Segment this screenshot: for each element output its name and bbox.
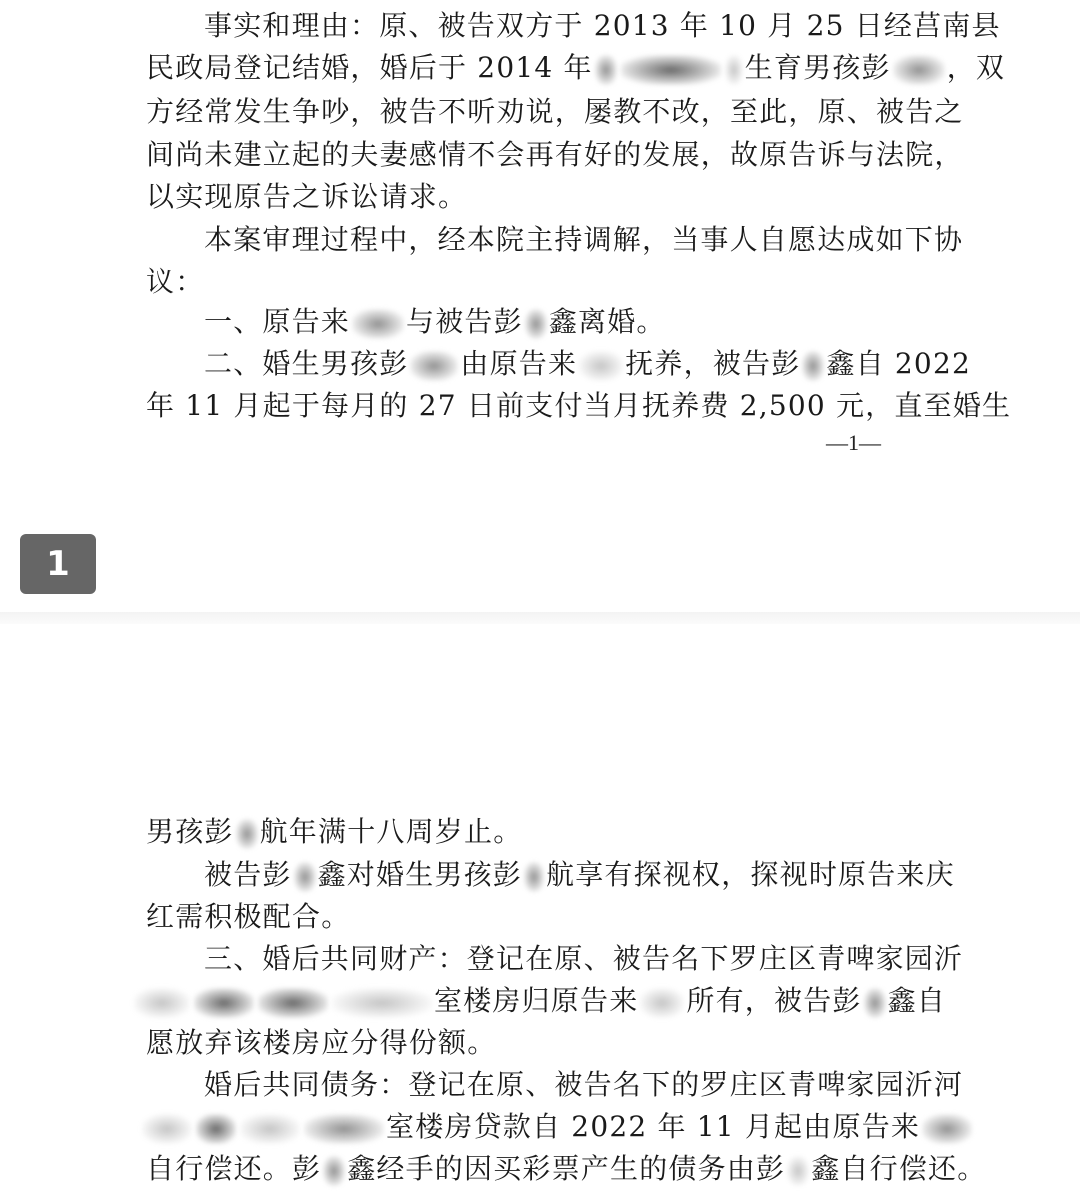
text-line: 男孩彭航年满十八周岁止。: [146, 812, 946, 852]
text-segment: ，双: [947, 51, 1005, 84]
redacted-block: [864, 988, 886, 1018]
redacted-block: [640, 988, 684, 1018]
redacted-block: [579, 351, 623, 381]
text-line: 红需积极配合。: [146, 897, 946, 937]
text-segment: 方经常发生争吵，被告不听劝说，屡教不改，至此，原、被告之: [146, 95, 964, 128]
redacted-block: [802, 351, 824, 381]
text-line: 方经常发生争吵，被告不听劝说，屡教不改，至此，原、被告之: [146, 92, 946, 132]
redacted-block: [258, 988, 328, 1018]
text-segment: 航年满十八周岁止。: [260, 815, 523, 848]
text-segment: 二、婚生男孩彭: [204, 347, 408, 380]
page-number-footer: —1—: [826, 430, 881, 456]
text-line: 年 11 月起于每月的 27 日前支付当月抚养费 2,500 元，直至婚生: [146, 386, 946, 426]
text-line: 愿放弃该楼房应分得份额。: [146, 1023, 946, 1063]
page-index-badge: 1: [20, 534, 96, 594]
text-segment: 生育男孩彭: [745, 51, 891, 84]
text-segment: 民政局登记结婚，婚后于 2014 年: [146, 51, 593, 84]
redacted-block: [524, 862, 544, 892]
text-segment: 航享有探视权，探视时原告来庆: [546, 858, 955, 891]
text-segment: 所有，被告彭: [686, 984, 861, 1017]
redacted-block: [240, 1114, 300, 1144]
text-line: 二、婚生男孩彭由原告来抚养，被告彭鑫自 2022: [146, 344, 946, 384]
redacted-block: [410, 351, 458, 381]
text-line: 民政局登记结婚，婚后于 2014 年生育男孩彭，双: [146, 48, 946, 88]
text-segment: 议：: [146, 265, 204, 298]
redacted-block: [725, 55, 743, 85]
text-segment: 间尚未建立起的夫妻感情不会再有好的发展，故原告诉与法院，: [146, 138, 964, 171]
redacted-block: [304, 1114, 384, 1144]
text-line: 被告彭鑫对婚生男孩彭航享有探视权，探视时原告来庆: [146, 855, 946, 895]
text-segment: 抚养，被告彭: [625, 347, 800, 380]
redacted-block: [323, 1156, 345, 1186]
text-segment: 鑫对婚生男孩彭: [318, 858, 522, 891]
text-segment: 鑫离婚。: [549, 305, 666, 338]
text-segment: 自行偿还。彭: [146, 1152, 321, 1185]
text-line: 三、婚后共同财产：登记在原、被告名下罗庄区青啤家园沂: [146, 939, 946, 979]
text-segment: 本案审理过程中，经本院主持调解，当事人自愿达成如下协: [204, 223, 963, 256]
text-segment: 以实现原告之诉讼请求。: [146, 180, 467, 213]
document-page-1: 事实和理由：原、被告双方于 2013 年 10 月 25 日经莒南县 民政局登记…: [0, 0, 1080, 612]
text-line: 事实和理由：原、被告双方于 2013 年 10 月 25 日经莒南县: [146, 6, 946, 46]
redacted-block: [142, 1114, 192, 1144]
text-segment: 室楼房归原告来: [434, 984, 638, 1017]
text-segment: 鑫自 2022: [826, 347, 971, 380]
redacted-block: [595, 55, 617, 85]
page-separator: [0, 612, 1080, 624]
text-line: 本案审理过程中，经本院主持调解，当事人自愿达成如下协: [146, 220, 946, 260]
text-segment: 室楼房贷款自 2022 年 11 月起由原告来: [386, 1110, 920, 1143]
redacted-block: [352, 309, 404, 339]
text-segment: 婚后共同债务：登记在原、被告名下的罗庄区青啤家园沂河: [204, 1068, 963, 1101]
text-segment: 由原告来: [460, 347, 577, 380]
text-segment: 愿放弃该楼房应分得份额。: [146, 1026, 496, 1059]
document-page-2: 男孩彭航年满十八周岁止。 被告彭鑫对婚生男孩彭航享有探视权，探视时原告来庆 红需…: [0, 624, 1080, 1197]
text-segment: 鑫自行偿还。: [811, 1152, 986, 1185]
redacted-block: [922, 1114, 972, 1144]
text-segment: 一、原告来: [204, 305, 350, 338]
text-line: 自行偿还。彭鑫经手的因买彩票产生的债务由彭鑫自行偿还。: [146, 1149, 946, 1189]
redacted-block: [787, 1156, 809, 1186]
text-segment: 男孩彭: [146, 815, 234, 848]
text-segment: 事实和理由：原、被告双方于 2013 年 10 月 25 日经莒南县: [204, 9, 1001, 42]
redacted-block: [236, 819, 258, 849]
text-line: 间尚未建立起的夫妻感情不会再有好的发展，故原告诉与法院，: [146, 135, 946, 175]
text-segment: 鑫经手的因买彩票产生的债务由彭: [347, 1152, 785, 1185]
text-segment: 鑫自: [888, 984, 946, 1017]
text-segment: 年 11 月起于每月的 27 日前支付当月抚养费 2,500 元，直至婚生: [146, 389, 1011, 422]
text-line: 一、原告来与被告彭鑫离婚。: [146, 302, 946, 342]
redacted-block: [134, 988, 190, 1018]
text-line: 婚后共同债务：登记在原、被告名下的罗庄区青啤家园沂河: [146, 1065, 946, 1105]
text-line: 室楼房归原告来所有，被告彭鑫自: [132, 981, 946, 1021]
redacted-block: [194, 988, 254, 1018]
text-segment: 红需积极配合。: [146, 900, 350, 933]
redacted-block: [332, 988, 432, 1018]
text-segment: 被告彭: [204, 858, 292, 891]
text-segment: 与被告彭: [406, 305, 523, 338]
text-segment: 三、婚后共同财产：登记在原、被告名下罗庄区青啤家园沂: [204, 942, 963, 975]
text-line: 议：: [146, 262, 946, 302]
redacted-block: [525, 309, 547, 339]
redacted-block: [621, 55, 721, 85]
text-line: 以实现原告之诉讼请求。: [146, 177, 946, 217]
redacted-block: [294, 862, 316, 892]
redacted-block: [196, 1114, 236, 1144]
redacted-block: [893, 55, 945, 85]
text-line: 室楼房贷款自 2022 年 11 月起由原告来: [140, 1107, 946, 1147]
